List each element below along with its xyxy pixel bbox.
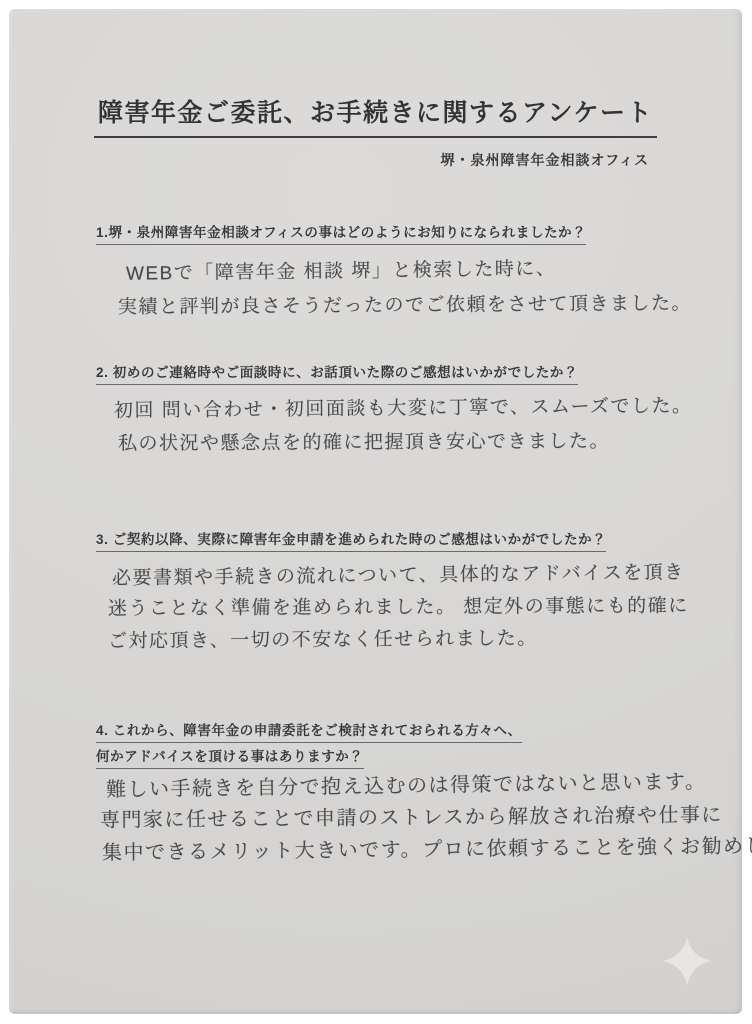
question-3-answer: 必要書類や手続きの流れについて、具体的なアドバイスを頂き 迷うことなく準備を進め… bbox=[96, 563, 736, 653]
question-3-label: 3. ご契約以降、実際に障害年金申請を進められた時のご感想はいかがでしたか？ bbox=[96, 531, 606, 552]
handwritten-line: 実績と評判が良さそうだったのでご依頼をさせて頂きました。 bbox=[118, 291, 736, 321]
question-1-answer: WEBで「障害年金 相談 堺」と検索した時に、 実績と評判が良さそうだったのでご… bbox=[96, 258, 736, 319]
handwritten-line: 難しい手続きを自分で抱え込むのは得策ではないと思います。 bbox=[106, 769, 736, 805]
page-title-text: 障害年金ご委託、お手続きに関するアンケート bbox=[94, 93, 657, 138]
question-2-label: 2. 初めのご連絡時やご面談時に、お話頂いた際のご感想はいかがでしたか？ bbox=[96, 364, 578, 385]
handwritten-line: ご対応頂き、一切の不安なく任せられました。 bbox=[108, 625, 736, 655]
question-4-label-line-2: 何かアドバイスを頂ける事はありますか？ bbox=[96, 748, 364, 769]
handwritten-line: 専門家に任せることで申請のストレスから解放され治療や仕事に bbox=[100, 802, 736, 835]
handwritten-line: 集中できるメリット大きいです。プロに依頼することを強くお勧めします。 bbox=[102, 834, 736, 868]
question-2-answer: 初回 問い合わせ・初回面談も大変に丁寧で、スムーズでした。 私の状況や懸念点を的… bbox=[96, 396, 736, 456]
paper-sheet: 障害年金ご委託、お手続きに関するアンケート 堺・泉州障害年金相談オフィス 1.堺… bbox=[9, 9, 742, 1014]
question-4-label-line-1: 4. これから、障害年金の申請委託をご検討されておられる方々へ、 bbox=[96, 722, 522, 743]
question-2: 2. 初めのご連絡時やご面談時に、お話頂いた際のご感想はいかがでしたか？ 初回 … bbox=[96, 364, 736, 456]
office-name: 堺・泉州障害年金相談オフィス bbox=[441, 150, 649, 170]
handwritten-line: 私の状況や懸念点を的確に把握頂き安心できました。 bbox=[118, 428, 736, 457]
handwritten-line: 迷うことなく準備を進められました。 想定外の事態にも的確に bbox=[108, 593, 736, 622]
handwritten-line: WEBで「障害年金 相談 堺」と検索した時に、 bbox=[126, 254, 736, 287]
sparkle-icon bbox=[660, 934, 714, 988]
question-4-answer: 難しい手続きを自分で抱え込むのは得策ではないと思います。 専門家に任せることで申… bbox=[96, 773, 736, 864]
question-1: 1.堺・泉州障害年金相談オフィスの事はどのようにお知りになられましたか？ WEB… bbox=[96, 224, 736, 319]
question-1-label: 1.堺・泉州障害年金相談オフィスの事はどのようにお知りになられましたか？ bbox=[96, 224, 586, 245]
handwritten-line: 必要書類や手続きの流れについて、具体的なアドバイスを頂き bbox=[112, 560, 736, 593]
question-3: 3. ご契約以降、実際に障害年金申請を進められた時のご感想はいかがでしたか？ 必… bbox=[96, 531, 736, 653]
page-title: 障害年金ご委託、お手続きに関するアンケート bbox=[9, 93, 742, 138]
handwritten-line: 初回 問い合わせ・初回面談も大変に丁寧で、スムーズでした。 bbox=[114, 393, 736, 424]
scanned-questionnaire-photo: 障害年金ご委託、お手続きに関するアンケート 堺・泉州障害年金相談オフィス 1.堺… bbox=[0, 0, 752, 1024]
question-4: 4. これから、障害年金の申請委託をご検討されておられる方々へ、 何かアドバイス… bbox=[96, 722, 736, 864]
